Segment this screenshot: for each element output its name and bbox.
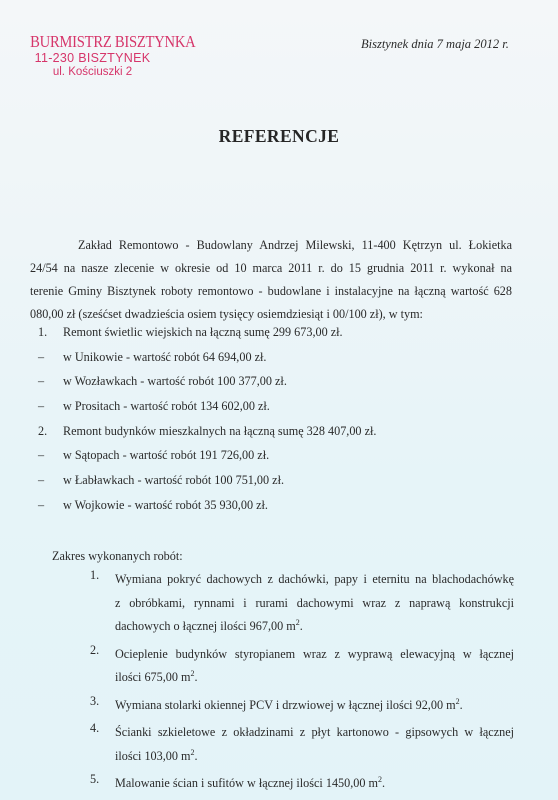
list-marker: –	[38, 498, 63, 513]
scope-text: Wymiana pokryć dachowych z dachówki, pap…	[115, 568, 514, 639]
scope-item: 5. Malowanie ścian i sufitów w łącznej i…	[90, 772, 514, 796]
intro-line: 24/54 na nasze zlecenie w okresie od 10 …	[30, 257, 512, 280]
scope-line: ilości 675,00 m2.	[115, 666, 514, 690]
scope-line: ilości 103,00 m2.	[115, 745, 514, 769]
list-item: –w Wozławkach - wartość robót 100 377,00…	[38, 369, 458, 394]
list-marker: –	[38, 399, 63, 414]
intro-line: Zakład Remontowo - Budowlany Andrzej Mil…	[30, 234, 512, 257]
list-item-text: w Unikowie - wartość robót 64 694,00 zł.	[63, 350, 266, 365]
list-item: –w Prositach - wartość robót 134 602,00 …	[38, 394, 458, 419]
scope-line-text: ilości 103,00 m	[115, 749, 191, 763]
scope-number: 2.	[90, 643, 115, 690]
list-item-text: Remont świetlic wiejskich na łączną sumę…	[63, 325, 343, 340]
list-item-text: Remont budynków mieszkalnych na łączną s…	[63, 424, 376, 439]
list-marker: –	[38, 350, 63, 365]
intro-paragraph: Zakład Remontowo - Budowlany Andrzej Mil…	[30, 234, 512, 326]
stamp-street-line: ul. Kościuszki 2	[20, 65, 165, 79]
list-item-text: w Wojkowie - wartość robót 35 930,00 zł.	[63, 498, 268, 513]
scope-line: Malowanie ścian i sufitów w łącznej iloś…	[115, 772, 514, 796]
line-end: .	[195, 749, 198, 763]
scope-item: 2. Ocieplenie budynków styropianem wraz …	[90, 643, 514, 690]
line-end: .	[195, 670, 198, 684]
stamp-postal-line: 11-230 BISZTYNEK	[20, 51, 165, 65]
scope-heading: Zakres wykonanych robót:	[52, 549, 183, 564]
list-item-text: w Prositach - wartość robót 134 602,00 z…	[63, 399, 270, 414]
scope-number: 3.	[90, 694, 115, 718]
list-item: –w Łabławkach - wartość robót 100 751,00…	[38, 468, 458, 493]
scope-line: Wymiana pokryć dachowych z dachówki, pap…	[115, 568, 514, 592]
scope-text: Malowanie ścian i sufitów w łącznej iloś…	[115, 772, 514, 796]
scope-line: Ocieplenie budynków styropianem wraz z w…	[115, 643, 514, 667]
list-marker: 1.	[38, 325, 63, 340]
list-item-text: w Sątopach - wartość robót 191 726,00 zł…	[63, 448, 269, 463]
scope-list: 1. Wymiana pokryć dachowych z dachówki, …	[90, 568, 514, 800]
scope-text: Ocieplenie budynków styropianem wraz z w…	[115, 643, 514, 690]
line-end: .	[460, 698, 463, 712]
list-item: 1.Remont świetlic wiejskich na łączną su…	[38, 320, 458, 345]
scope-number: 5.	[90, 772, 115, 796]
line-end: .	[382, 776, 385, 790]
scope-line-text: dachowych o łącznej ilości 967,00 m	[115, 619, 296, 633]
list-marker: 2.	[38, 424, 63, 439]
scope-number: 4.	[90, 721, 115, 768]
scope-line: z obróbkami, rynnami i rurami dachowymi …	[115, 592, 514, 616]
scope-item: 3. Wymiana stolarki okiennej PCV i drzwi…	[90, 694, 514, 718]
document-title: REFERENCJE	[0, 126, 558, 147]
stamp-name: BURMISTRZ BISZTYNKA	[30, 32, 155, 51]
list-item: –w Wojkowie - wartość robót 35 930,00 zł…	[38, 493, 458, 518]
scope-line-text: Malowanie ścian i sufitów w łącznej iloś…	[115, 776, 378, 790]
list-item: 2.Remont budynków mieszkalnych na łączną…	[38, 419, 458, 444]
works-value-list: 1.Remont świetlic wiejskich na łączną su…	[38, 320, 458, 518]
line-end: .	[300, 619, 303, 633]
scope-item: 1. Wymiana pokryć dachowych z dachówki, …	[90, 568, 514, 639]
scope-text: Wymiana stolarki okiennej PCV i drzwiowe…	[115, 694, 514, 718]
list-marker: –	[38, 473, 63, 488]
scope-line: Ścianki szkieletowe z okładzinami z płyt…	[115, 721, 514, 745]
list-marker: –	[38, 374, 63, 389]
scope-item: 4. Ścianki szkieletowe z okładzinami z p…	[90, 721, 514, 768]
scope-line-text: Wymiana stolarki okiennej PCV i drzwiowe…	[115, 698, 456, 712]
list-item-text: w Wozławkach - wartość robót 100 377,00 …	[63, 374, 287, 389]
list-item: –w Unikowie - wartość robót 64 694,00 zł…	[38, 345, 458, 370]
scope-line-text: ilości 675,00 m	[115, 670, 191, 684]
list-marker: –	[38, 448, 63, 463]
scope-text: Ścianki szkieletowe z okładzinami z płyt…	[115, 721, 514, 768]
document-date: Bisztynek dnia 7 maja 2012 r.	[361, 37, 509, 52]
issuer-stamp: BURMISTRZ BISZTYNKA 11-230 BISZTYNEK ul.…	[20, 32, 165, 79]
scope-line: dachowych o łącznej ilości 967,00 m2.	[115, 615, 514, 639]
intro-line: terenie Gminy Bisztynek roboty remontowo…	[30, 280, 512, 303]
list-item-text: w Łabławkach - wartość robót 100 751,00 …	[63, 473, 284, 488]
scope-number: 1.	[90, 568, 115, 639]
scope-line: Wymiana stolarki okiennej PCV i drzwiowe…	[115, 694, 514, 718]
list-item: –w Sątopach - wartość robót 191 726,00 z…	[38, 443, 458, 468]
